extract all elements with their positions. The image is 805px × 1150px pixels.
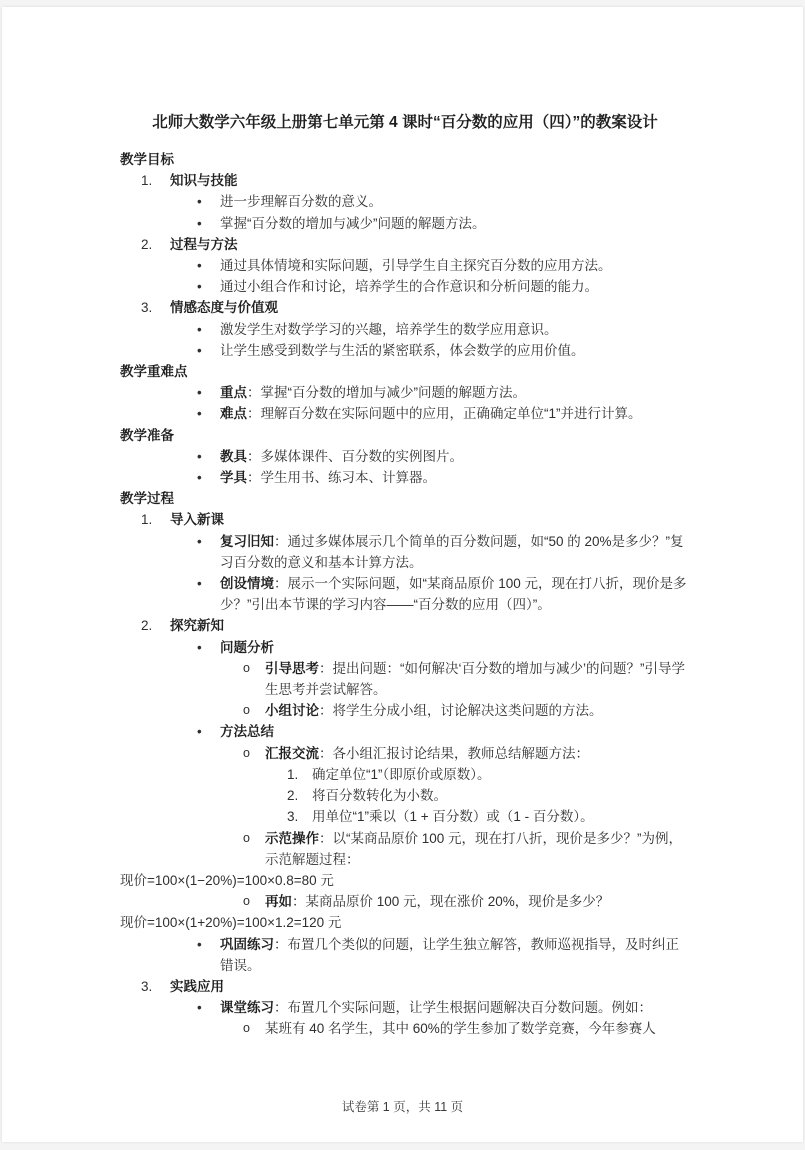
run-in-label: 引导思考 [265, 661, 319, 676]
run-in-label: 过程与方法 [170, 237, 238, 252]
list-number: 2. [141, 615, 152, 636]
numbered-item: 3.情感态度与价值观 [120, 297, 690, 318]
list-number: 3. [141, 976, 152, 997]
list-number: 1. [141, 509, 152, 530]
sub-bullet-item: o再如：某商品原价 100 元，现在涨价 20%，现价是多少？ [120, 891, 690, 912]
item-text: ：通过多媒体展示几个简单的百分数问题，如“50 的 20%是多少？”复习百分数的… [220, 534, 684, 570]
item-text: ：各小组汇报讨论结果，教师总结解题方法： [319, 746, 589, 761]
bullet-icon: • [197, 934, 202, 955]
sub-bullet-item: o示范操作：以“某商品原价 100 元，现在打八折，现价是多少？”为例，示范解题… [120, 828, 690, 870]
formula-line: 现价=100×(1−20%)=100×0.8=80 元 [120, 870, 690, 891]
numbered-item: 2.探究新知 [120, 615, 690, 636]
bullet-item: •通过具体情境和实际问题，引导学生自主探究百分数的应用方法。 [120, 255, 690, 276]
sub-bullet-item: o汇报交流：各小组汇报讨论结果，教师总结解题方法： [120, 743, 690, 764]
list-number: 3. [287, 806, 298, 827]
list-number: 3. [141, 297, 152, 318]
bullet-item: •复习旧知：通过多媒体展示几个简单的百分数问题，如“50 的 20%是多少？”复… [120, 531, 690, 573]
circle-bullet-icon: o [243, 828, 250, 849]
document-viewer: 北师大数学六年级上册第七单元第 4 课时“百分数的应用（四）”的教案设计 教学目… [0, 0, 805, 1150]
list-number: 1. [141, 170, 152, 191]
item-text: 通过具体情境和实际问题，引导学生自主探究百分数的应用方法。 [220, 258, 612, 273]
screen: { "colors": { "canvas_background": "#f4f… [0, 0, 805, 1150]
bullet-icon: • [197, 573, 202, 594]
bullet-item: •方法总结 [120, 721, 690, 742]
item-text: 通过小组合作和讨论，培养学生的合作意识和分析问题的能力。 [220, 279, 598, 294]
bullet-item: •学具：学生用书、练习本、计算器。 [120, 467, 690, 488]
item-text: ：理解百分数在实际问题中的应用，正确确定单位“1”并进行计算。 [247, 406, 642, 421]
numbered-item: 2.过程与方法 [120, 234, 690, 255]
numbered-item: 1.知识与技能 [120, 170, 690, 191]
item-text: 将百分数转化为小数。 [312, 788, 447, 803]
run-in-label: 课堂练习 [220, 1000, 274, 1015]
bullet-item: •让学生感受到数学与生活的紧密联系，体会数学的应用价值。 [120, 340, 690, 361]
bullet-item: •巩固练习：布置几个类似的问题，让学生独立解答，教师巡视指导，及时纠正错误。 [120, 934, 690, 976]
circle-bullet-icon: o [243, 658, 250, 679]
bullet-icon: • [197, 637, 202, 658]
bullet-icon: • [197, 191, 202, 212]
bullet-item: •问题分析 [120, 637, 690, 658]
bullet-item: •通过小组合作和讨论，培养学生的合作意识和分析问题的能力。 [120, 276, 690, 297]
item-text: ：布置几个实际问题，让学生根据问题解决百分数问题。例如： [274, 1000, 652, 1015]
item-text: ：展示一个实际问题，如“某商品原价 100 元，现在打八折，现价是多少？”引出本… [220, 576, 687, 612]
run-in-label: 情感态度与价值观 [170, 300, 278, 315]
document-body: 教学目标1.知识与技能•进一步理解百分数的意义。•掌握“百分数的增加与减少”问题… [120, 149, 690, 1040]
run-in-label: 重点 [220, 385, 247, 400]
run-in-label: 实践应用 [170, 979, 224, 994]
sub-numbered-item: 2.将百分数转化为小数。 [120, 785, 690, 806]
bullet-icon: • [197, 213, 202, 234]
item-text: ：学生用书、练习本、计算器。 [247, 470, 436, 485]
bullet-icon: • [197, 319, 202, 340]
item-text: ：掌握“百分数的增加与减少”问题的解题方法。 [247, 385, 526, 400]
item-text: 让学生感受到数学与生活的紧密联系，体会数学的应用价值。 [220, 343, 585, 358]
bullet-item: •掌握“百分数的增加与减少”问题的解题方法。 [120, 213, 690, 234]
bullet-icon: • [197, 721, 202, 742]
run-in-label: 导入新课 [170, 512, 224, 527]
bullet-icon: • [197, 255, 202, 276]
item-text: ：多媒体课件、百分数的实例图片。 [247, 449, 463, 464]
run-in-label: 再如 [265, 894, 292, 909]
sub-numbered-item: 3.用单位“1”乘以（1 + 百分数）或（1 - 百分数）。 [120, 806, 690, 827]
section-heading: 教学过程 [120, 488, 690, 509]
list-number: 1. [287, 764, 298, 785]
bullet-icon: • [197, 997, 202, 1018]
run-in-label: 小组讨论 [265, 703, 319, 718]
document-page: 北师大数学六年级上册第七单元第 4 课时“百分数的应用（四）”的教案设计 教学目… [2, 7, 803, 1142]
bullet-icon: • [197, 403, 202, 424]
section-heading: 教学目标 [120, 149, 690, 170]
bullet-icon: • [197, 276, 202, 297]
bullet-item: •进一步理解百分数的意义。 [120, 191, 690, 212]
item-text: ：布置几个类似的问题，让学生独立解答，教师巡视指导，及时纠正错误。 [220, 937, 679, 973]
section-heading: 教学重难点 [120, 361, 690, 382]
circle-bullet-icon: o [243, 700, 250, 721]
run-in-label: 教具 [220, 449, 247, 464]
circle-bullet-icon: o [243, 1018, 250, 1039]
numbered-item: 1.导入新课 [120, 509, 690, 530]
item-text: ：某商品原价 100 元，现在涨价 20%，现价是多少？ [292, 894, 609, 909]
section-heading: 教学准备 [120, 425, 690, 446]
item-text: 进一步理解百分数的意义。 [220, 194, 382, 209]
run-in-label: 方法总结 [220, 724, 274, 739]
document-title: 北师大数学六年级上册第七单元第 4 课时“百分数的应用（四）”的教案设计 [120, 111, 690, 135]
sub-bullet-item: o某班有 40 名学生，其中 60%的学生参加了数学竞赛，今年参赛人 [120, 1018, 690, 1039]
item-text: ：以“某商品原价 100 元，现在打八折，现价是多少？”为例，示范解题过程： [265, 831, 682, 867]
bullet-item: •重点：掌握“百分数的增加与减少”问题的解题方法。 [120, 382, 690, 403]
list-number: 2. [287, 785, 298, 806]
item-text: 激发学生对数学学习的兴趣，培养学生的数学应用意识。 [220, 322, 558, 337]
circle-bullet-icon: o [243, 891, 250, 912]
sub-bullet-item: o引导思考：提出问题：“如何解决‘百分数的增加与减少’的问题？”引导学生思考并尝… [120, 658, 690, 700]
list-number: 2. [141, 234, 152, 255]
bullet-item: •创设情境：展示一个实际问题，如“某商品原价 100 元，现在打八折，现价是多少… [120, 573, 690, 615]
run-in-label: 学具 [220, 470, 247, 485]
bullet-item: •难点：理解百分数在实际问题中的应用，正确确定单位“1”并进行计算。 [120, 403, 690, 424]
item-text: 某班有 40 名学生，其中 60%的学生参加了数学竞赛，今年参赛人 [265, 1021, 656, 1036]
run-in-label: 创设情境 [220, 576, 274, 591]
run-in-label: 难点 [220, 406, 247, 421]
formula-line: 现价=100×(1+20%)=100×1.2=120 元 [120, 912, 690, 933]
bullet-item: •课堂练习：布置几个实际问题，让学生根据问题解决百分数问题。例如： [120, 997, 690, 1018]
run-in-label: 探究新知 [170, 618, 224, 633]
sub-bullet-item: o小组讨论：将学生分成小组，讨论解决这类问题的方法。 [120, 700, 690, 721]
bullet-icon: • [197, 382, 202, 403]
run-in-label: 示范操作 [265, 831, 319, 846]
run-in-label: 问题分析 [220, 640, 274, 655]
bullet-icon: • [197, 467, 202, 488]
item-text: ：提出问题：“如何解决‘百分数的增加与减少’的问题？”引导学生思考并尝试解答。 [265, 661, 685, 697]
sub-numbered-item: 1.确定单位“1”（即原价或原数）。 [120, 764, 690, 785]
bullet-icon: • [197, 446, 202, 467]
page-footer: 试卷第 1 页，共 11 页 [2, 1097, 803, 1117]
bullet-icon: • [197, 531, 202, 552]
bullet-icon: • [197, 340, 202, 361]
bullet-item: •教具：多媒体课件、百分数的实例图片。 [120, 446, 690, 467]
circle-bullet-icon: o [243, 743, 250, 764]
item-text: 确定单位“1”（即原价或原数）。 [312, 767, 491, 782]
item-text: 掌握“百分数的增加与减少”问题的解题方法。 [220, 216, 486, 231]
item-text: ：将学生分成小组，讨论解决这类问题的方法。 [319, 703, 603, 718]
bullet-item: •激发学生对数学学习的兴趣，培养学生的数学应用意识。 [120, 319, 690, 340]
item-text: 用单位“1”乘以（1 + 百分数）或（1 - 百分数）。 [312, 809, 594, 824]
run-in-label: 汇报交流 [265, 746, 319, 761]
run-in-label: 复习旧知 [220, 534, 274, 549]
run-in-label: 知识与技能 [170, 173, 238, 188]
run-in-label: 巩固练习 [220, 937, 274, 952]
numbered-item: 3.实践应用 [120, 976, 690, 997]
